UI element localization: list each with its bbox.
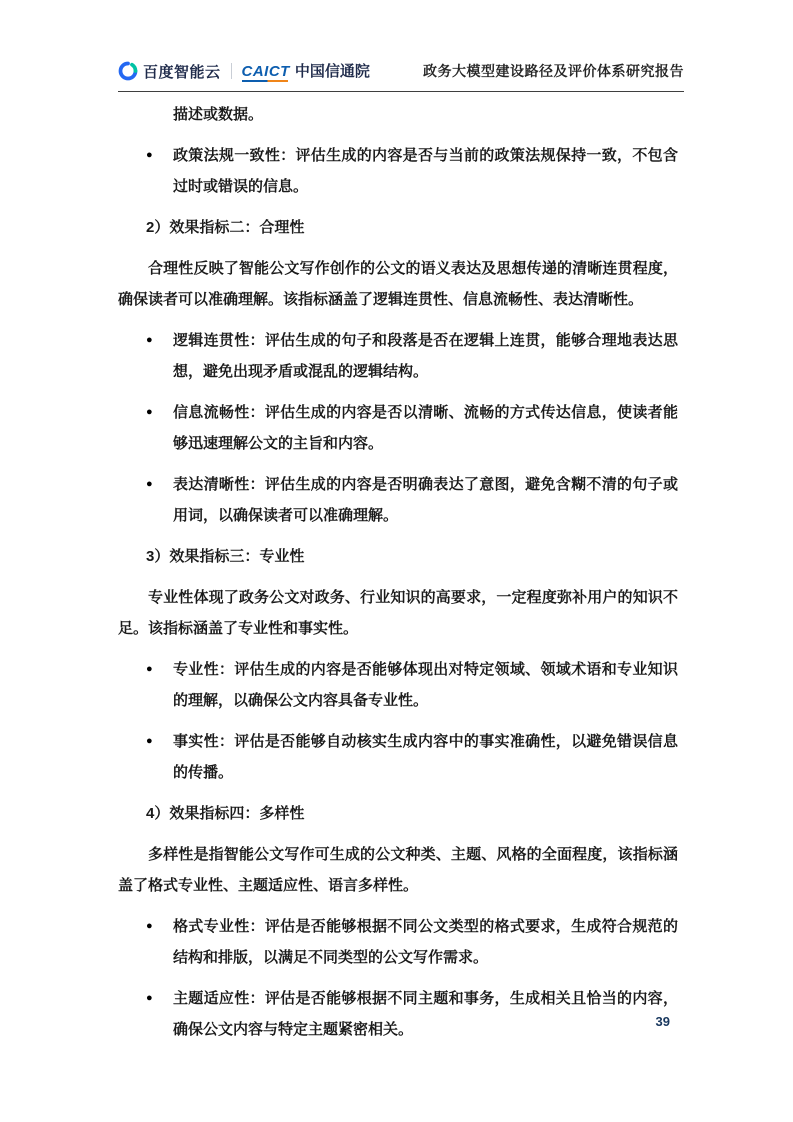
bullet-text: 专业性：评估生成的内容是否能够体现出对特定领域、领域术语和专业知识的理解，以确保… bbox=[173, 661, 678, 709]
paragraph: 多样性是指智能公文写作可生成的公文种类、主题、风格的全面程度，该指标涵盖了格式专… bbox=[118, 839, 678, 901]
baidu-cloud-logo-icon bbox=[118, 61, 138, 81]
baidu-logo-text: 百度智能云 bbox=[143, 61, 221, 82]
caict-logo: CAICT 中国信通院 bbox=[242, 60, 370, 82]
header-divider-line bbox=[118, 91, 684, 92]
bullet-marker-icon: ● bbox=[146, 726, 153, 757]
bullet-item: ●专业性：评估生成的内容是否能够体现出对特定领域、领域术语和专业知识的理解，以确… bbox=[173, 654, 678, 716]
continuation-line: 描述或数据。 bbox=[173, 99, 678, 130]
bullet-text: 格式专业性：评估是否能够根据不同公文类型的格式要求，生成符合规范的结构和排版，以… bbox=[173, 918, 678, 966]
report-title: 政务大模型建设路径及评价体系研究报告 bbox=[423, 61, 684, 81]
logo-divider bbox=[231, 63, 232, 79]
paragraph: 合理性反映了智能公文写作创作的公文的语义表达及思想传递的清晰连贯程度，确保读者可… bbox=[118, 253, 678, 315]
bullet-text: 信息流畅性：评估生成的内容是否以清晰、流畅的方式传达信息，使读者能够迅速理解公文… bbox=[173, 404, 678, 452]
bullet-marker-icon: ● bbox=[146, 325, 153, 356]
bullet-item: ●逻辑连贯性：评估生成的句子和段落是否在逻辑上连贯，能够合理地表达思想，避免出现… bbox=[173, 325, 678, 387]
section-heading: 3）效果指标三：专业性 bbox=[146, 541, 678, 572]
bullet-item: ●政策法规一致性：评估生成的内容是否与当前的政策法规保持一致，不包含过时或错误的… bbox=[173, 140, 678, 202]
header-logos: 百度智能云 CAICT 中国信通院 bbox=[118, 60, 370, 82]
bullet-marker-icon: ● bbox=[146, 983, 153, 1014]
caict-logo-en: CAICT bbox=[242, 63, 290, 82]
bullet-item: ●信息流畅性：评估生成的内容是否以清晰、流畅的方式传达信息，使读者能够迅速理解公… bbox=[173, 397, 678, 459]
document-page: 百度智能云 CAICT 中国信通院 政务大模型建设路径及评价体系研究报告 描述或… bbox=[0, 0, 793, 1122]
document-body: 描述或数据。●政策法规一致性：评估生成的内容是否与当前的政策法规保持一致，不包含… bbox=[118, 99, 678, 1045]
paragraph: 专业性体现了政务公文对政务、行业知识的高要求，一定程度弥补用户的知识不足。该指标… bbox=[118, 582, 678, 644]
bullet-marker-icon: ● bbox=[146, 469, 153, 500]
bullet-item: ●事实性：评估是否能够自动核实生成内容中的事实准确性，以避免错误信息的传播。 bbox=[173, 726, 678, 788]
page-header: 百度智能云 CAICT 中国信通院 政务大模型建设路径及评价体系研究报告 bbox=[118, 54, 684, 88]
bullet-item: ●格式专业性：评估是否能够根据不同公文类型的格式要求，生成符合规范的结构和排版，… bbox=[173, 911, 678, 973]
section-heading: 2）效果指标二：合理性 bbox=[146, 212, 678, 243]
baidu-cloud-logo: 百度智能云 bbox=[118, 61, 221, 82]
bullet-item: ●表达清晰性：评估生成的内容是否明确表达了意图，避免含糊不清的句子或用词，以确保… bbox=[173, 469, 678, 531]
bullet-marker-icon: ● bbox=[146, 397, 153, 428]
bullet-text: 事实性：评估是否能够自动核实生成内容中的事实准确性，以避免错误信息的传播。 bbox=[173, 733, 678, 781]
section-heading: 4）效果指标四：多样性 bbox=[146, 798, 678, 829]
bullet-marker-icon: ● bbox=[146, 654, 153, 685]
bullet-marker-icon: ● bbox=[146, 140, 153, 171]
bullet-text: 逻辑连贯性：评估生成的句子和段落是否在逻辑上连贯，能够合理地表达思想，避免出现矛… bbox=[173, 332, 678, 380]
bullet-text: 政策法规一致性：评估生成的内容是否与当前的政策法规保持一致，不包含过时或错误的信… bbox=[173, 147, 678, 195]
page-number: 39 bbox=[118, 1014, 670, 1029]
bullet-text: 表达清晰性：评估生成的内容是否明确表达了意图，避免含糊不清的句子或用词，以确保读… bbox=[173, 476, 678, 524]
caict-logo-cn: 中国信通院 bbox=[295, 60, 370, 81]
bullet-marker-icon: ● bbox=[146, 911, 153, 942]
